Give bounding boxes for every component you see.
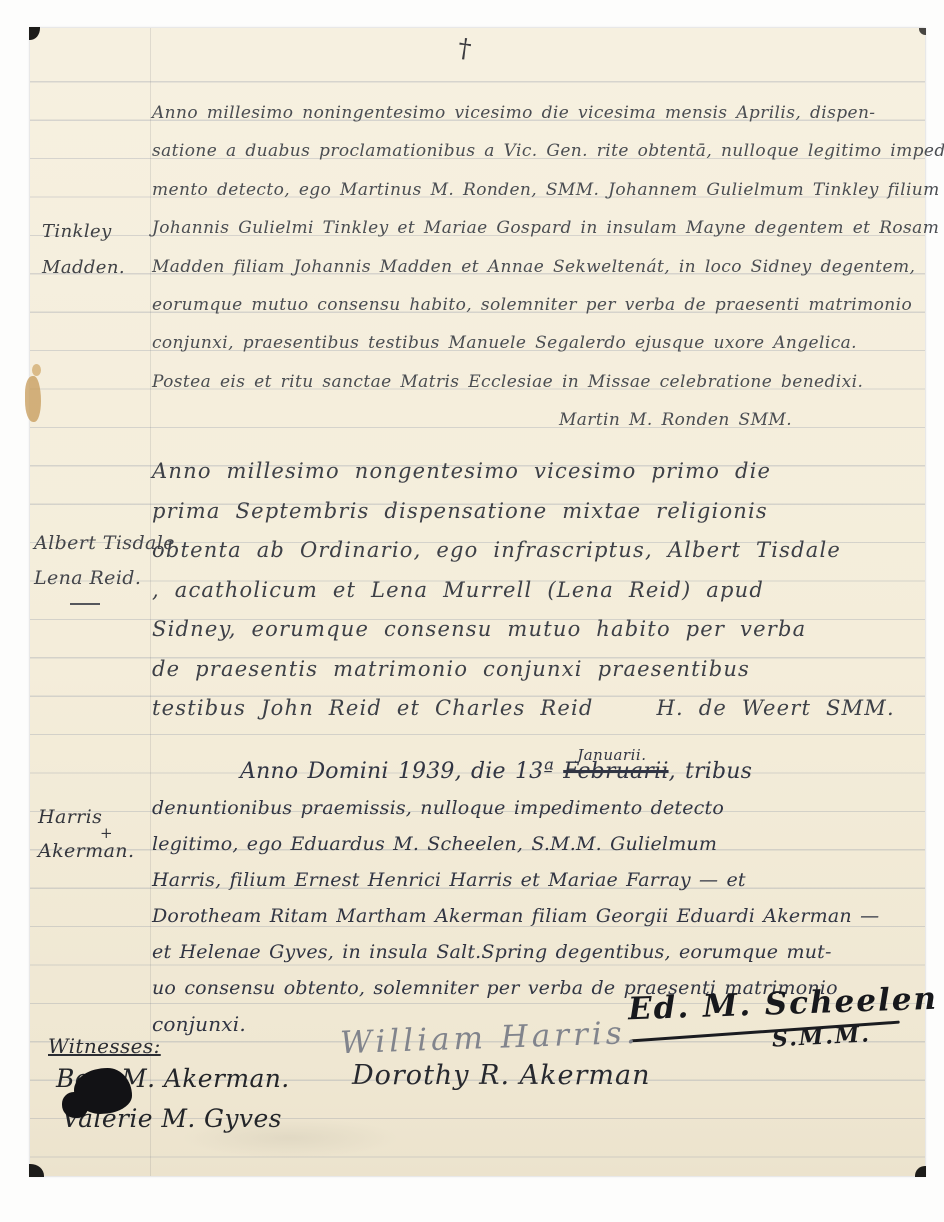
pencil-smudge (180, 1118, 400, 1158)
entry1-line: mento detecto, ego Martinus M. Ronden, S… (152, 171, 922, 209)
entry2-line: de praesentis matrimonio conjunxi praese… (152, 650, 922, 690)
entry1-line: Anno millesimo noningentesimo vicesimo d… (152, 94, 922, 132)
entry3-inserted-month: Januarii. (577, 737, 646, 773)
register-scan: { "meta": { "top_mark": "†" }, "colors":… (0, 0, 944, 1222)
entry2-line: prima Septembris dispensatione mixtae re… (152, 492, 922, 532)
entry2-line: Anno millesimo nongentesimo vicesimo pri… (152, 452, 922, 492)
witnesses-label: Witnesses: (48, 1034, 161, 1058)
entry3-margin-names: Harris Akerman. (38, 800, 134, 868)
entry1-margin-groom: Tinkley (42, 214, 125, 250)
entry3-date-post: , tribus (669, 759, 753, 784)
entry1-margin-bride: Madden. (42, 250, 125, 286)
entry3-date-line: Anno Domini 1939, die 13ª Januarii.Febru… (152, 754, 937, 790)
entry2-witness-names: testibus John Reid et Charles Reid (152, 696, 594, 720)
entry2-priest-signature: H. de Weert SMM. (656, 689, 894, 729)
entry2-line: , acatholicum et Lena Murrell (Lena Reid… (152, 571, 922, 611)
entry1-line: Johannis Gulielmi Tinkley et Mariae Gosp… (152, 209, 922, 247)
entry1-line: Postea eis et ritu sanctae Matris Eccles… (152, 363, 922, 401)
page-stain (25, 376, 41, 422)
register-page: † Tinkley Madden. Anno millesimo noninge… (30, 28, 925, 1176)
ink-blot (74, 1068, 132, 1114)
corner-mark-top-right (919, 28, 926, 35)
entry1-line: Madden filiam Johannis Madden et Annae S… (152, 248, 922, 286)
margin-rule-line (150, 28, 151, 1176)
entry1-line: eorumque mutuo consensu habito, solemnit… (152, 286, 922, 324)
corner-mark-bottom-left (29, 1164, 44, 1177)
entry2-line: obtenta ab Ordinario, ego infrascriptus,… (152, 531, 922, 571)
entry3-margin-cross-mark: + (100, 824, 113, 842)
entry3-line: denuntionibus praemissis, nulloque imped… (152, 790, 937, 826)
corner-mark-bottom-right (915, 1166, 926, 1177)
entry1-margin-names: Tinkley Madden. (42, 214, 125, 286)
entry2-margin-underline (70, 603, 100, 605)
top-cross-mark: † (456, 33, 473, 65)
priest-signature-smm: S.M.M. (771, 1021, 871, 1052)
entry3-line: Dorotheam Ritam Martham Akerman filiam G… (152, 898, 937, 934)
entry3-line: et Helenae Gyves, in insula Salt.Spring … (152, 934, 937, 970)
entry3-margin-groom: Harris (38, 800, 134, 834)
entry1-priest-signature: Martin M. Ronden SMM. (152, 401, 922, 439)
entry1-line: conjunxi, praesentibus testibus Manuele … (152, 324, 922, 362)
entry2-line: Sidney, eorumque consensu mutuo habito p… (152, 610, 922, 650)
entry3-line: legitimo, ego Eduardus M. Scheelen, S.M.… (152, 826, 937, 862)
entry3-margin-bride: Akerman. (38, 834, 134, 868)
entry3-line: Harris, filium Ernest Henrici Harris et … (152, 862, 937, 898)
bride-signature-dorothy-akerman: Dorothy R. Akerman (352, 1060, 650, 1091)
entry1-line: satione a duabus proclamationibus a Vic.… (152, 132, 922, 170)
entry3-date-correction: Januarii.Februarii (563, 754, 668, 790)
entry2-text: Anno millesimo nongentesimo vicesimo pri… (152, 452, 922, 729)
entry3-date-pre: Anno Domini 1939, die 13ª (240, 759, 563, 784)
corner-mark-top-left (29, 27, 40, 40)
entry2-last-line: testibus John Reid et Charles Reid H. de… (152, 689, 922, 729)
entry1-text: Anno millesimo noningentesimo vicesimo d… (152, 94, 922, 440)
